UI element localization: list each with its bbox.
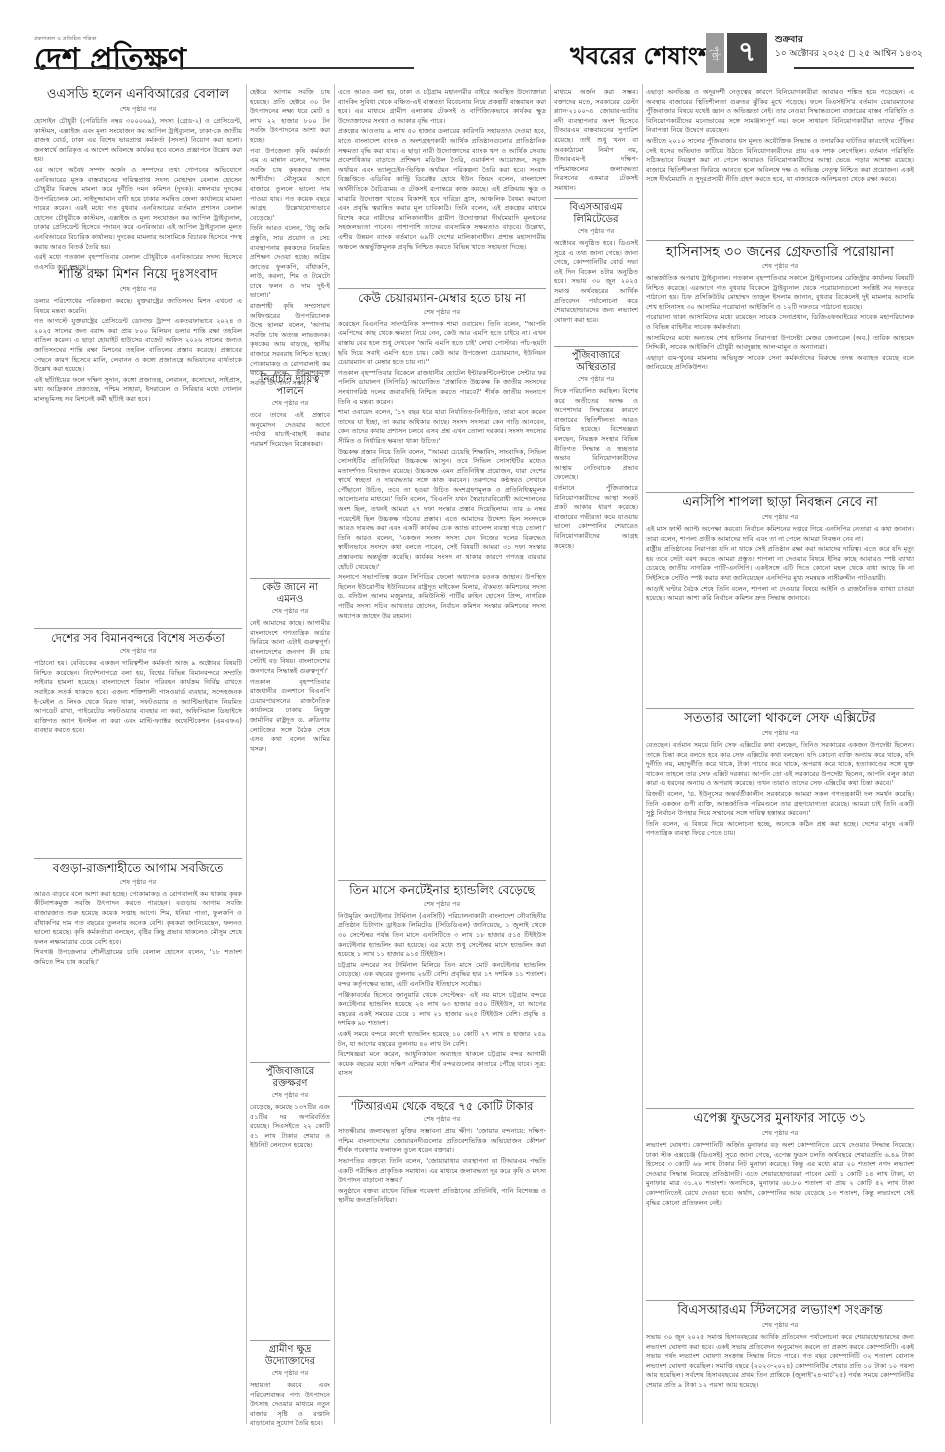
issue-date: ১০ অক্টোবর ২০২৫ ◻ ২৫ আশ্বিন ১৪৩২ xyxy=(775,47,923,61)
article-paragraph: উচ্চকক্ষ প্রস্তাব নিয়ে তিনি বলেন, ''আমর… xyxy=(338,448,546,573)
headline[interactable]: হাসিনাসহ ৩০ জনের গ্রেফতারি পরোয়ানা xyxy=(646,244,914,260)
article-paragraph: রাষ্ট্রীয় প্রতিষ্ঠানের নিরাপত্তা যদি না… xyxy=(646,545,914,583)
article-paragraph: পবা উপজেলা কৃষি কর্মকর্তা এম এ মান্নান ব… xyxy=(250,147,330,224)
continued-label: শেষ পৃষ্ঠার পর xyxy=(338,899,546,910)
continued-label: শেষ পৃষ্ঠার পর xyxy=(250,1368,330,1379)
article-paragraph: অতীতে ২০১০ সালের পুঁজিবাজার ধস মূলত অযৌক… xyxy=(646,137,914,185)
article-paragraph: অনুষ্ঠানে বক্তব্য রাখেন বিভিন্ন গবেষণা প… xyxy=(338,1187,546,1206)
headline[interactable]: শান্তি রক্ষা মিশন নিয়ে দুঃসংবাদ xyxy=(34,268,242,283)
continued-label: শেষ পৃষ্ঠার পর xyxy=(646,1128,914,1139)
story-divider xyxy=(646,240,914,241)
headline[interactable]: সততার আলো থাকলে সেফ এক্সিটের xyxy=(646,712,914,727)
article-hasina-warrant[interactable]: হাসিনাসহ ৩০ জনের গ্রেফতারি পরোয়ানা শেষ … xyxy=(646,244,914,374)
story-divider xyxy=(250,1340,330,1341)
article-vegetables-continued[interactable]: হেক্টরে আগাম সবজি চাষ হয়েছে। প্রতি হেক্… xyxy=(250,88,330,389)
story-divider xyxy=(250,1062,330,1063)
article-paragraph: গত আগস্টে যুক্তরাষ্ট্রের প্রেসিডেন্ট ডোন… xyxy=(34,317,242,375)
article-paragraph: বেতছেন। বর্তমান সময়ে যিনি সেফ এক্সিটের … xyxy=(646,741,914,789)
story-divider xyxy=(554,346,638,347)
story-divider xyxy=(646,1108,914,1109)
article-election-duty[interactable]: নির্বাচনি দায়িত্ব পালনে শেষ পৃষ্ঠার পর … xyxy=(250,374,330,450)
article-bsrm-steel-dividend[interactable]: বিএসআরএম স্টিলসের লভ্যাংশ সংক্রান্ত শেষ … xyxy=(646,1304,914,1392)
article-market-instability[interactable]: পুঁজিবাজারে অস্থিরতার শেষ পৃষ্ঠার পর দিক… xyxy=(554,350,638,552)
article-paragraph: আরও বাড়বে বলে আশা করা হচ্ছে। পোকামাকড় … xyxy=(34,890,242,948)
article-paragraph: মাধ্যমে অর্জন করা সম্ভব। বক্তাদের মতে, স… xyxy=(554,88,638,194)
article-paragraph: পাঠানো হয়। বেবিচকের একজন দায়িত্বশীল কর… xyxy=(34,659,242,736)
section-title: খবরের শেষাংশ xyxy=(570,38,712,78)
article-paragraph: আন্তর্জাতিক অপরাধ ট্রাইব্যুনাল। গতকাল বৃ… xyxy=(646,274,914,312)
article-paragraph: গতকাল বৃহস্পতিবার রাজধানীর গুলশানে বিএনপ… xyxy=(250,678,330,755)
column-divider xyxy=(246,84,247,1424)
headline[interactable]: এনসিপি শাপলা ছাড়া নিবন্ধন নেবে না xyxy=(646,496,914,511)
article-paragraph: তবে তাদের এই প্রস্তাবে অনুমোদন দেওয়ার আ… xyxy=(250,411,330,449)
continued-label: শেষ পৃষ্ঠার পর xyxy=(646,1320,914,1331)
article-safe-exit[interactable]: সততার আলো থাকলে সেফ এক্সিটের শেষ পৃষ্ঠার… xyxy=(646,712,914,840)
story-divider xyxy=(34,628,242,629)
headline[interactable]: এপেক্স ফুডসের মুনাফার সাড়ে ৩১ xyxy=(646,1112,914,1127)
headline[interactable]: তিন মাসে কনটেইনার হ্যান্ডলিং বেড়েছে xyxy=(338,884,546,898)
article-paragraph: পরোয়ানা থাকা আসামিদের মধ্যে রয়েছেন সাব… xyxy=(646,313,914,332)
article-paragraph: শিবগঞ্জ উপজেলার শৌলীগ্রামের চাষি বেলাল হ… xyxy=(34,948,242,967)
article-paragraph: রিজভী বলেন, 'ড. ইউনূসের অন্তর্বর্তীকালীন… xyxy=(646,790,914,819)
article-apex-foods[interactable]: এপেক্স ফুডসের মুনাফার সাড়ে ৩১ শেষ পৃষ্ঠ… xyxy=(646,1112,914,1209)
article-bogura-vegetables[interactable]: বগুড়া-রাজশাহীতে আগাম সবজিতে শেষ পৃষ্ঠার… xyxy=(34,862,242,969)
article-paragraph: এছাড়া গুম-খুনের মামলায় অভিযুক্ত সাবেক … xyxy=(646,354,914,373)
article-market-bleeding[interactable]: পুঁজিবাজারে রক্তক্ষরণ শেষ পৃষ্ঠার পর বেড… xyxy=(250,1066,330,1152)
article-paragraph: এই ছাঁটাইয়ের ফলে দক্ষিণ সুদান, কঙ্গো প্… xyxy=(34,376,242,405)
continued-label: শেষ পৃষ্ঠার পর xyxy=(34,877,242,888)
continued-label: শেষ পৃষ্ঠার পর xyxy=(338,307,546,318)
article-paragraph: দিকে পরিচালিত করছিল। বিশেষ করে অতীতের অদ… xyxy=(554,387,638,483)
headline[interactable]: দেশের সব বিমানবন্দরে বিশেষ সতর্কতা xyxy=(34,632,242,645)
story-divider xyxy=(338,288,546,289)
headline[interactable]: 'টিআরএম থেকে বছরে ৭৫ কোটি টাকার xyxy=(338,1100,546,1113)
article-nobody-knows[interactable]: কেউ জানে না এমনও শেষ পৃষ্ঠার পর নেই আমাদ… xyxy=(250,582,330,755)
continued-label: শেষ পৃষ্ঠার পর xyxy=(34,646,242,657)
column-divider xyxy=(642,84,643,1424)
headline[interactable]: নির্বাচনি দায়িত্ব পালনে xyxy=(250,374,330,397)
article-paragraph: তিনি বলেন, এ বিষয়ে দিয়ে আলোচনা হচ্ছে, … xyxy=(646,820,914,839)
story-divider xyxy=(646,708,914,709)
article-paragraph: করেছেন বিএনপির সাংগঠনিক সম্পাদক শামা ওবা… xyxy=(338,320,546,368)
article-paragraph: হোসাইন চৌধুরী (পেরিচিতি নম্বর ৩০০০৬৯), স… xyxy=(34,117,242,165)
story-divider xyxy=(554,198,638,199)
article-paragraph: আসামিদের মধ্যে অন্যতম শেখ হাসিনার নিরাপত… xyxy=(646,334,914,353)
headline[interactable]: কেউ চেয়ারম্যান-মেম্বার হতে চায় না xyxy=(338,292,546,306)
article-paragraph: বিশেষজ্ঞরা মনে করেন, আধুনিকায়ন অব্যাহত … xyxy=(338,1050,546,1079)
newspaper-logo: দেশ প্রতিক্ষণ xyxy=(34,44,186,76)
article-paragraph: হেক্টরে আগাম সবজি চাষ হয়েছে। প্রতি হেক্… xyxy=(250,88,330,146)
headline[interactable]: বগুড়া-রাজশাহীতে আগাম সবজিতে xyxy=(34,862,242,876)
article-aviation-alert[interactable]: দেশের সব বিমানবন্দরে বিশেষ সতর্কতা শেষ প… xyxy=(34,632,242,737)
article-paragraph: লভ্যাংশ ঘোষণা। কোম্পানিটি অর্জিত মুনাফার… xyxy=(646,1141,914,1208)
article-paragraph: সভাপতির বক্তব্যে তিনি বলেন, 'জোয়ারাধার … xyxy=(338,1157,546,1186)
article-paragraph: চট্টগ্রাম বন্দরের সব টার্মিনাল মিলিয়ে ত… xyxy=(338,961,546,990)
article-container-handling[interactable]: তিন মাসে কনটেইনার হ্যান্ডলিং বেড়েছে শেষ… xyxy=(338,884,546,1080)
continued-label: শেষ পৃষ্ঠার পর xyxy=(646,261,914,272)
continued-label: শেষ পৃষ্ঠার পর xyxy=(250,606,330,617)
article-paragraph: এই মাস ফার্স্ট অ্যাপ্ট অপেক্ষা করবো। নির… xyxy=(646,525,914,544)
story-divider xyxy=(250,370,330,371)
story-divider xyxy=(338,880,546,881)
article-entrepreneurs-continued[interactable]: এতে আরও বলা হয়, ঢাকা ও চট্টগ্রাম মহানগর… xyxy=(338,88,546,253)
article-ncp-shapla[interactable]: এনসিপি শাপলা ছাড়া নিবন্ধন নেবে না শেষ প… xyxy=(646,496,914,605)
story-divider xyxy=(646,1300,914,1301)
article-market-continued[interactable]: এছাড়া অনভিজ্ঞ ও অদূরদর্শী নেতৃত্বের কার… xyxy=(646,88,914,186)
article-paragraph: বর্তমানে পুঁজিবাজারে বিনিয়োগকারীদের আস্… xyxy=(554,484,638,551)
headline[interactable]: পুঁজিবাজারে অস্থিরতার xyxy=(554,350,638,373)
article-paragraph: সহায়তা করবে এবং পরিবেশবান্ধব পণ্য উৎপাদ… xyxy=(250,1381,330,1429)
article-paragraph: বেড়েছে, কমেছে ১৩৭টির এবং ৫১টির দর অপরিব… xyxy=(250,1103,330,1151)
article-paragraph: সাতক্ষীরার জলাবদ্ধতা মুক্তির সম্ভাবনা প্… xyxy=(338,1127,546,1156)
newspaper-brand: প্রকাশকাল ও প্রতিষ্ঠিত পত্রিকা দেশ প্রতি… xyxy=(34,36,186,76)
headline[interactable]: বিএসআরএম লিমিটেডের xyxy=(554,202,638,225)
article-paragraph: পঞ্জিকাবর্ষের হিসেবে জানুয়ারি থেকে সেপ্… xyxy=(338,991,546,1029)
article-trm-75-crore[interactable]: 'টিআরএম থেকে বছরে ৭৫ কোটি টাকার শেষ পৃষ্… xyxy=(338,1100,546,1207)
article-paragraph: ডলার পরিশোধের পরিকল্পনা করছে। যুক্তরাষ্ট… xyxy=(34,297,242,316)
continued-label: শেষ পৃষ্ঠার পর xyxy=(34,104,242,115)
masthead: প্রকাশকাল ও প্রতিষ্ঠিত পত্রিকা দেশ প্রতি… xyxy=(0,0,945,64)
continued-label: শেষ পৃষ্ঠার পর xyxy=(554,374,638,385)
article-paragraph: সংলাপে সভাপতিত্ব করেন সিপিডির ফেলো অধ্যা… xyxy=(338,573,546,621)
continued-label: শেষ পৃষ্ঠার পর xyxy=(646,512,914,523)
headline[interactable]: কেউ জানে না এমনও xyxy=(250,582,330,605)
article-chairman-member[interactable]: কেউ চেয়ারম্যান-মেম্বার হতে চায় না শেষ … xyxy=(338,292,546,622)
article-paragraph: এছাড়া অনভিজ্ঞ ও অদূরদর্শী নেতৃত্বের কার… xyxy=(646,88,914,136)
article-paragraph: সভায় ৩০ জুন ২০২৫ সমাপ্ত হিসাববছরের আর্থ… xyxy=(646,1333,914,1391)
continued-label: শেষ পৃষ্ঠার পর xyxy=(250,398,330,409)
weekday: শুক্রবার xyxy=(775,33,923,47)
article-rural-entrepreneurs[interactable]: গ্রামীণ ক্ষুদ্র উদ্যোক্তাদের শেষ পৃষ্ঠার… xyxy=(250,1344,330,1430)
article-paragraph: শামা ওবায়েদ বলেন, '১৭ বছর ধরে যারা নির্… xyxy=(338,408,546,446)
continued-label: শেষ পৃষ্ঠার পর xyxy=(554,226,638,237)
story-divider xyxy=(34,858,242,859)
headline[interactable]: গ্রামীণ ক্ষুদ্র উদ্যোক্তাদের xyxy=(250,1344,330,1367)
headline[interactable]: বিএসআরএম স্টিলসের লভ্যাংশ সংক্রান্ত xyxy=(646,1304,914,1319)
article-paragraph: তিনি আরও বলেন, 'উচু জমি প্রস্তুতি, সার প… xyxy=(250,224,330,301)
article-paragraph: এর আগে অবৈধ সম্পদ অর্জন ও সম্পদের তথ্য গ… xyxy=(34,166,242,252)
story-divider xyxy=(338,1096,546,1097)
continued-label: শেষ পৃষ্ঠার পর xyxy=(646,728,914,739)
article-peacekeeping[interactable]: শান্তি রক্ষা মিশন নিয়ে দুঃসংবাদ শেষ পৃষ… xyxy=(34,268,242,405)
article-trm-continued[interactable]: মাধ্যমে অর্জন করা সম্ভব। বক্তাদের মতে, স… xyxy=(554,88,638,195)
article-paragraph: অক্টোবর অনুষ্ঠিত হবে। ডিএসই সূত্রে এ তথ্… xyxy=(554,239,638,325)
story-divider xyxy=(250,578,330,579)
column-divider xyxy=(334,84,335,1424)
header-rule xyxy=(34,67,414,69)
article-paragraph: আড়াই ঘণ্টার বৈঠক শেষে তিনি বলেন, শাপলা … xyxy=(646,585,914,604)
article-paragraph: নিউমুরিং কনটেইনার টার্মিনাল (এনসিটি) পরি… xyxy=(338,912,546,960)
continued-label: শেষ পৃষ্ঠার পর xyxy=(250,1090,330,1101)
continued-label: শেষ পৃষ্ঠার পর xyxy=(338,1114,546,1125)
page-number: ৭ xyxy=(727,33,767,73)
dateline: শুক্রবার ১০ অক্টোবর ২০২৫ ◻ ২৫ আশ্বিন ১৪৩… xyxy=(775,33,923,61)
article-paragraph: একই সময়ে বন্দরে কার্গো হ্যান্ডলিং হয়েছ… xyxy=(338,1030,546,1049)
continued-label: শেষ পৃষ্ঠার পর xyxy=(34,284,242,295)
article-paragraph: নেই আমাদের কাছে। আগামীর বাংলাদেশে গণতান্… xyxy=(250,619,330,677)
article-paragraph: গতকাল বৃহস্পতিবার বিকেলে রাজধানীর হোটেল … xyxy=(338,369,546,407)
story-divider xyxy=(646,492,914,493)
headline[interactable]: ওএসডি হলেন এনবিআরের বেলাল xyxy=(34,88,242,103)
article-paragraph: প্রকল্পের আওতায় ৯ লাখ ৫০ হাজার ডলারের ক… xyxy=(338,127,546,252)
headline[interactable]: পুঁজিবাজারে রক্তক্ষরণ xyxy=(250,1066,330,1089)
header-rule xyxy=(794,67,914,69)
article-bsrm-limited[interactable]: বিএসআরএম লিমিটেডের শেষ পৃষ্ঠার পর অক্টোব… xyxy=(554,202,638,326)
article-paragraph: এতে আরও বলা হয়, ঢাকা ও চট্টগ্রাম মহানগর… xyxy=(338,88,546,126)
article-osd-belal[interactable]: ওএসডি হলেন এনবিআরের বেলাল শেষ পৃষ্ঠার পর… xyxy=(34,88,242,273)
column-divider xyxy=(550,84,551,1424)
page-label: পৃষ্ঠা xyxy=(706,33,724,73)
